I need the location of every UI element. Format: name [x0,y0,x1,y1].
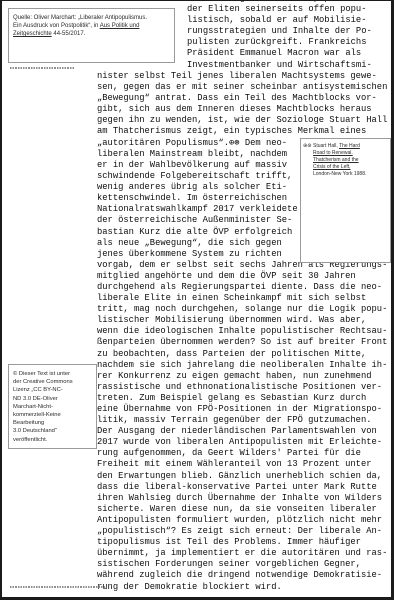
sidenote-line: Stuart Hall, The Hard [313,143,387,150]
source-text: Ein Ausdruck von Postpolitik“, in [13,23,100,29]
book-title-link[interactable]: Thatcherism and the [313,157,387,164]
source-citation-box: Quelle: Oliver Marchart: „Liberaler Anti… [8,8,175,63]
license-note-box: © Dieser Text ist unter der Creative Com… [8,364,97,449]
journal-link[interactable]: Zeitgeschichte [13,31,52,37]
journal-link[interactable]: Aus Politik und [100,23,140,29]
source-line: Ein Ausdruck von Postpolitik“, in Aus Po… [13,22,170,30]
sidenote-citation-box: ⊕⊛ Stuart Hall, The Hard Road to Renewal… [300,138,391,263]
footnote-marker: ⊕⊛ [303,143,311,150]
license-text: © Dieser Text ist unter der Creative Com… [13,370,92,444]
microprint-line [10,67,74,69]
book-title-link[interactable]: The Hard [339,143,360,149]
sidenote-publisher: London-New York 1988. [313,171,387,178]
book-title-link[interactable]: Crisis of the Left, [313,164,387,171]
source-line: Quelle: Oliver Marchart: „Liberaler Anti… [13,14,170,22]
source-text: 44-55/2017. [52,31,86,37]
book-page: Quelle: Oliver Marchart: „Liberaler Anti… [0,0,394,600]
sidenote-author: Stuart Hall, [313,143,339,149]
main-text-top: Drittens agiert der Antipopulismus der E… [187,0,372,71]
source-line: Zeitgeschichte 44-55/2017. [13,30,170,38]
main-text-full-width: nister selbst Teil jenes liberalen Macht… [97,71,387,138]
main-text-continued: vorgab, dem er selbst seit sechs Jahren … [97,260,387,593]
microprint-line [10,586,107,588]
book-title-link[interactable]: Road to Renewal. [313,150,387,157]
main-text-beside-sidenote: „autoritären Populismus“.⊕⊛ Dem neo- lib… [97,138,298,260]
